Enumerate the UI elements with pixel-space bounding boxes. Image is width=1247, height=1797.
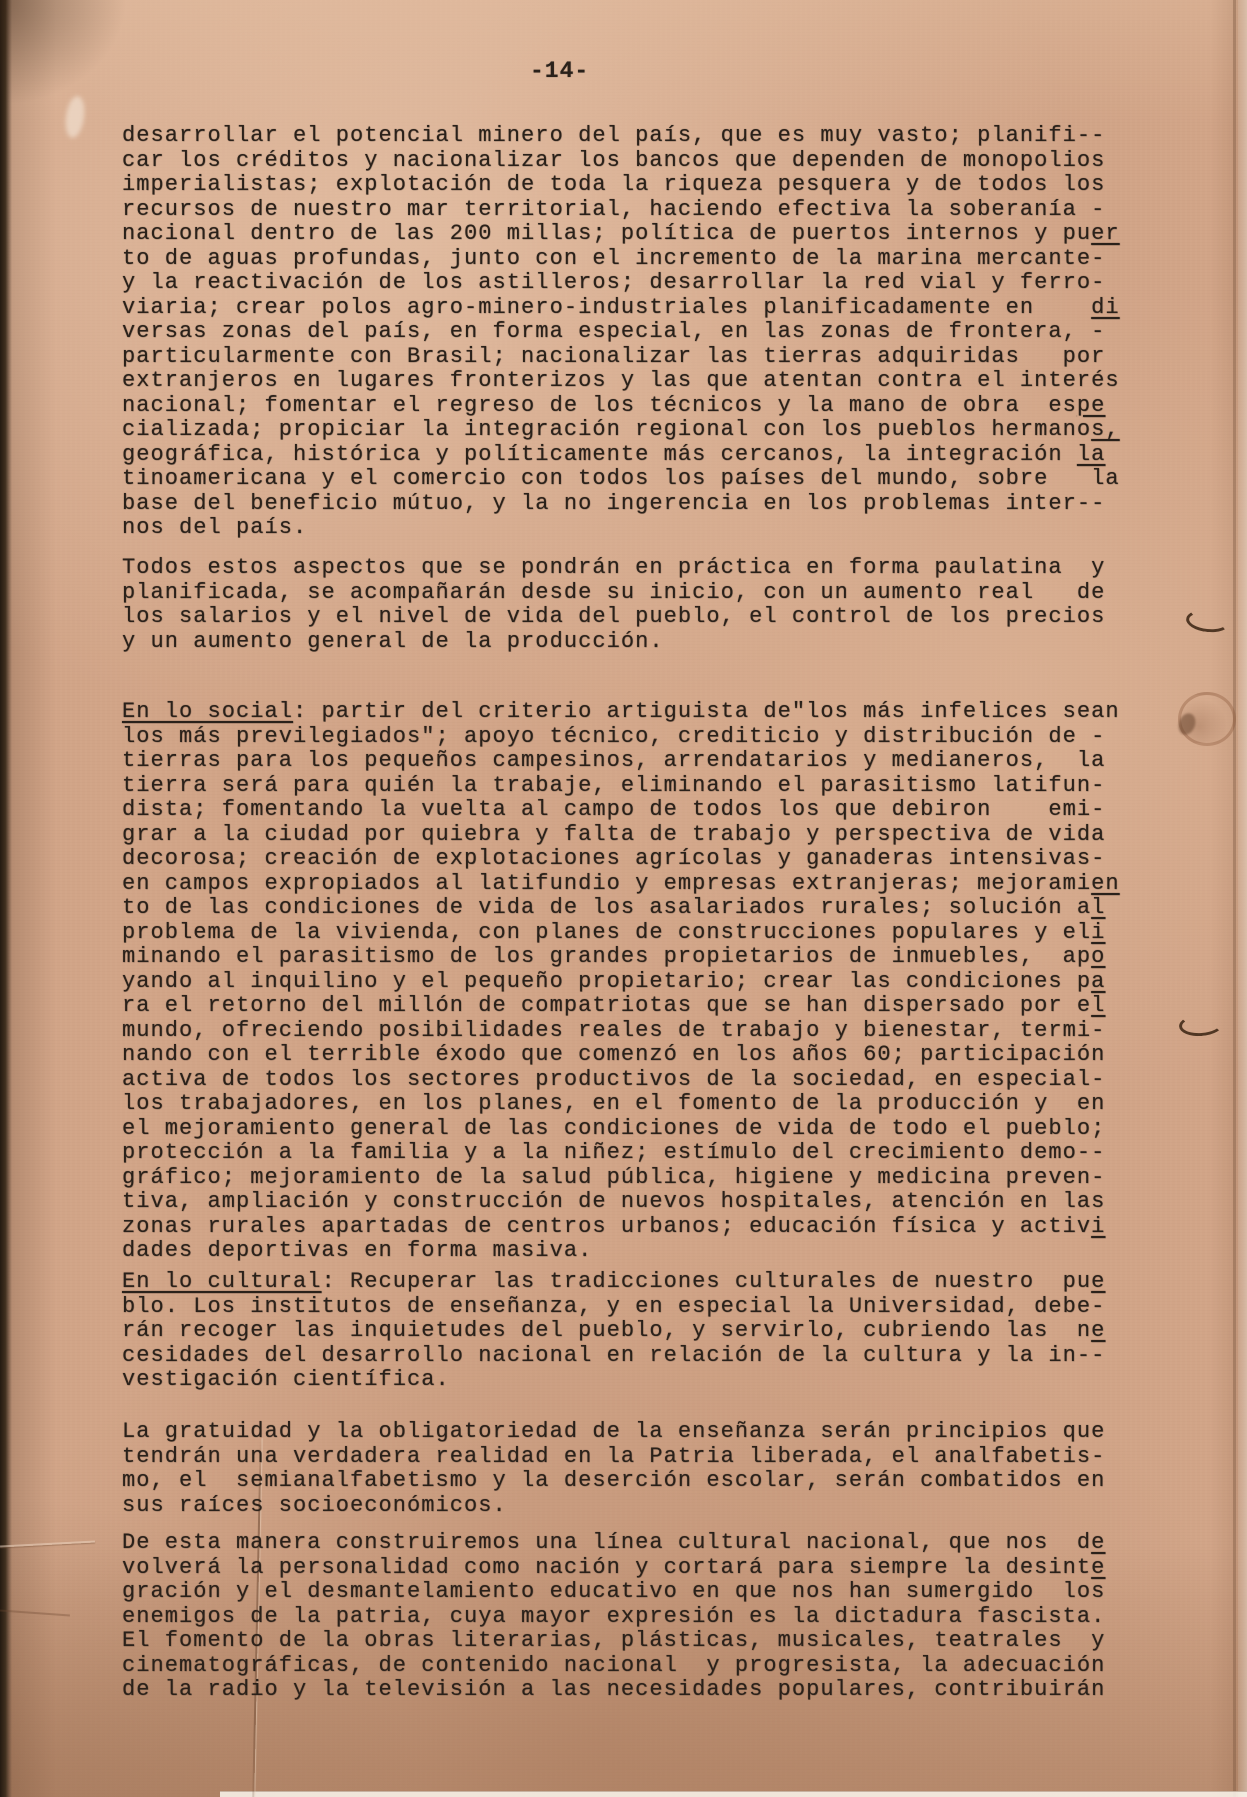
- text-line: en campos expropiados al latifundio y em…: [122, 872, 1120, 897]
- text-line: zonas rurales apartadas de centros urban…: [122, 1215, 1120, 1240]
- text-line: gración y el desmantelamiento educativo …: [122, 1580, 1105, 1605]
- text-line: extranjeros en lugares fronterizos y las…: [122, 369, 1120, 394]
- text-line: gráfico; mejoramiento de la salud públic…: [122, 1166, 1120, 1191]
- text-line: tiva, ampliación y construcción de nuevo…: [122, 1190, 1120, 1215]
- document-text: desarrollar el potencial minero del país…: [0, 0, 1247, 1797]
- text-line: minando el parasitismo de los grandes pr…: [122, 945, 1120, 970]
- text-line: activa de todos los sectores productivos…: [122, 1068, 1120, 1093]
- text-line: tierra será para quién la trabaje, elimi…: [122, 774, 1120, 799]
- text-line: de la radio y la televisión a las necesi…: [122, 1678, 1105, 1703]
- paragraph: En lo cultural: Recuperar las tradiccion…: [122, 1270, 1105, 1393]
- text-line: yando al inquilino y el pequeño propieta…: [122, 970, 1120, 995]
- text-line: nacional dentro de las 200 millas; polít…: [122, 222, 1120, 247]
- text-line: imperialistas; explotación de toda la ri…: [122, 173, 1120, 198]
- text-line: dades deportivas en forma masiva.: [122, 1239, 1120, 1264]
- text-line: particularmente con Brasil; nacionalizar…: [122, 345, 1120, 370]
- text-line: cializada; propiciar la integración regi…: [122, 418, 1120, 443]
- text-line: desarrollar el potencial minero del país…: [122, 124, 1120, 149]
- text-line: De esta manera construiremos una línea c…: [122, 1531, 1105, 1556]
- text-line: viaria; crear polos agro-minero-industri…: [122, 296, 1120, 321]
- text-line: nos del país.: [122, 516, 1120, 541]
- paragraph: En lo social: partir del criterio artigu…: [122, 700, 1120, 1264]
- text-line: decorosa; creación de explotaciones agrí…: [122, 847, 1120, 872]
- text-line: planificada, se acompañarán desde su ini…: [122, 581, 1105, 606]
- text-line: los trabajadores, en los planes, en el f…: [122, 1092, 1120, 1117]
- text-line: car los créditos y nacionalizar los banc…: [122, 149, 1120, 174]
- text-line: mo, el semianalfabetismo y la deserción …: [122, 1469, 1105, 1494]
- text-line: rán recoger las inquietudes del pueblo, …: [122, 1319, 1105, 1344]
- text-line: y un aumento general de la producción.: [122, 630, 1105, 655]
- paragraph: Todos estos aspectos que se pondrán en p…: [122, 556, 1105, 654]
- paragraph: La gratuidad y la obligatoriedad de la e…: [122, 1420, 1105, 1518]
- text-line: En lo social: partir del criterio artigu…: [122, 700, 1120, 725]
- text-line: geográfica, histórica y políticamente má…: [122, 443, 1120, 468]
- text-line: los salarios y el nivel de vida del pueb…: [122, 605, 1105, 630]
- text-line: cesidades del desarrollo nacional en rel…: [122, 1344, 1105, 1369]
- text-line: vestigación científica.: [122, 1368, 1105, 1393]
- text-line: los más previlegiados"; apoyo técnico, c…: [122, 725, 1120, 750]
- text-line: base del beneficio mútuo, y la no ingere…: [122, 492, 1120, 517]
- text-line: blo. Los institutos de enseñanza, y en e…: [122, 1295, 1105, 1320]
- text-line: volverá la personalidad como nación y co…: [122, 1556, 1105, 1581]
- text-line: to de aguas profundas, junto con el incr…: [122, 247, 1120, 272]
- paragraph: De esta manera construiremos una línea c…: [122, 1531, 1105, 1703]
- document-page: -14- desarrollar el potencial minero del…: [0, 0, 1247, 1797]
- text-line: La gratuidad y la obligatoriedad de la e…: [122, 1420, 1105, 1445]
- text-line: to de las condiciones de vida de los asa…: [122, 896, 1120, 921]
- text-line: tinoamericana y el comercio con todos lo…: [122, 467, 1120, 492]
- text-line: tierras para los pequeños campesinos, ar…: [122, 749, 1120, 774]
- text-line: ra el retorno del millón de compatriotas…: [122, 994, 1120, 1019]
- text-line: versas zonas del país, en forma especial…: [122, 320, 1120, 345]
- text-line: enemigos de la patria, cuya mayor expres…: [122, 1605, 1105, 1630]
- text-line: nacional; fomentar el regreso de los téc…: [122, 394, 1120, 419]
- text-line: sus raíces socioeconómicos.: [122, 1494, 1105, 1519]
- text-line: problema de la vivienda, con planes de c…: [122, 921, 1120, 946]
- text-line: En lo cultural: Recuperar las tradiccion…: [122, 1270, 1105, 1295]
- text-line: nando con el terrible éxodo que comenzó …: [122, 1043, 1120, 1068]
- text-line: protección a la familia y a la niñez; es…: [122, 1141, 1120, 1166]
- text-line: recursos de nuestro mar territorial, hac…: [122, 198, 1120, 223]
- text-line: el mejoramiento general de las condicion…: [122, 1117, 1120, 1142]
- text-line: Todos estos aspectos que se pondrán en p…: [122, 556, 1105, 581]
- text-line: grar a la ciudad por quiebra y falta de …: [122, 823, 1120, 848]
- text-line: dista; fomentando la vuelta al campo de …: [122, 798, 1120, 823]
- text-line: cinematográficas, de contenido nacional …: [122, 1654, 1105, 1679]
- text-line: tendrán una verdadera realidad en la Pat…: [122, 1445, 1105, 1470]
- text-line: El fomento de la obras literarias, plást…: [122, 1629, 1105, 1654]
- text-line: y la reactivación de los astilleros; des…: [122, 271, 1120, 296]
- text-line: mundo, ofreciendo posibilidades reales d…: [122, 1019, 1120, 1044]
- paragraph: desarrollar el potencial minero del país…: [122, 124, 1120, 541]
